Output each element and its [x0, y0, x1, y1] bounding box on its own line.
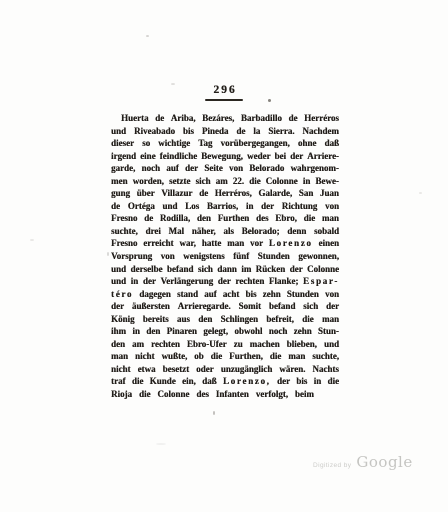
text-line: KönigbereitsausdenSchlingenbefreit,diema… [111, 314, 339, 327]
scan-speck [156, 443, 166, 445]
scan-speck [213, 411, 215, 415]
scan-speck [171, 83, 175, 85]
text-line: térodagegenstandaufachtbiszehnStundenvon [111, 289, 339, 302]
text-line: diesersowichtigeTagvorübergegangen,ohned… [111, 138, 339, 151]
text-line: denamrechtenEbro-Uferzumachenblieben,und [111, 339, 339, 352]
letterspaced-name: Espar- [303, 276, 339, 286]
text-line: irgendeinefeindlicheBewegung,wederbeider… [111, 151, 339, 164]
text-line: undderselbebefandsichdannimRückenderColo… [111, 264, 339, 277]
text-line: ihmindenPinarengelegt,obwohlnochzehnStun… [111, 326, 339, 339]
scan-speck [268, 99, 271, 102]
text-line: FresnodeRodilla,denFurthendesEbro,dieman [111, 213, 339, 226]
letterspaced-name: Lorenzo [269, 238, 313, 248]
text-line: HuertadeAriba,Bezáres,BarbadillodeHerrér… [111, 113, 339, 126]
page-number: 296 [213, 84, 236, 96]
scan-speck [30, 239, 34, 241]
scan-speck [419, 192, 422, 194]
scanned-book-page: 296 HuertadeAriba,Bezáres,BarbadillodeHe… [0, 0, 448, 512]
letterspaced-name: téro [111, 289, 133, 299]
google-logo: Google [356, 453, 412, 471]
watermark: Digitized by Google [313, 453, 413, 471]
text-line: deräußerstenArrieregarde.Somitbefandsich… [111, 301, 339, 314]
text-line: undRiveabadobisPinedadelaSierra.Nachdem [111, 126, 339, 139]
text-line: gungüberVillazurdeHerréros,Galarde,SanJu… [111, 188, 339, 201]
text-line: menworden,setztesicham22.dieColonneinBew… [111, 176, 339, 189]
text-line: deOrtégaundLosBarrios,inderRichtungvon [111, 201, 339, 214]
text-block: HuertadeAriba,Bezáres,BarbadillodeHerrér… [111, 113, 339, 402]
text-line: trafdieKundeein,daßLorenzo,derbisindie [111, 376, 339, 389]
text-line: VorsprungvonwenigstensfünfStundengewonne… [111, 251, 339, 264]
text-line: Fresnoerreichtwar,hattemanvorLorenzoeine… [111, 238, 339, 251]
text-line: mannichtwußte,obdieFurthen,diemansuchte, [111, 351, 339, 364]
text-line: undinderVerlängerungderrechtenFlanke;Esp… [111, 276, 339, 289]
page-number-rule [205, 99, 243, 101]
text-line: RiojadieColonnedesInfantenverfolgt,beim [111, 389, 314, 402]
letterspaced-name: Lorenzo, [223, 376, 271, 386]
scan-speck [146, 35, 149, 37]
page-number-wrap: 296 [111, 80, 339, 98]
text-line: garde,nochaufderSeitevonBeloradowahrgeno… [111, 163, 339, 176]
watermark-prefix: Digitized by [313, 462, 351, 469]
text-line: nichtetwabesetztoderunzugänglichwären.Na… [111, 364, 339, 377]
scan-speck [107, 252, 109, 256]
text-line: suchte,dreiMalnäher,alsBelorado;dennsoba… [111, 226, 339, 239]
